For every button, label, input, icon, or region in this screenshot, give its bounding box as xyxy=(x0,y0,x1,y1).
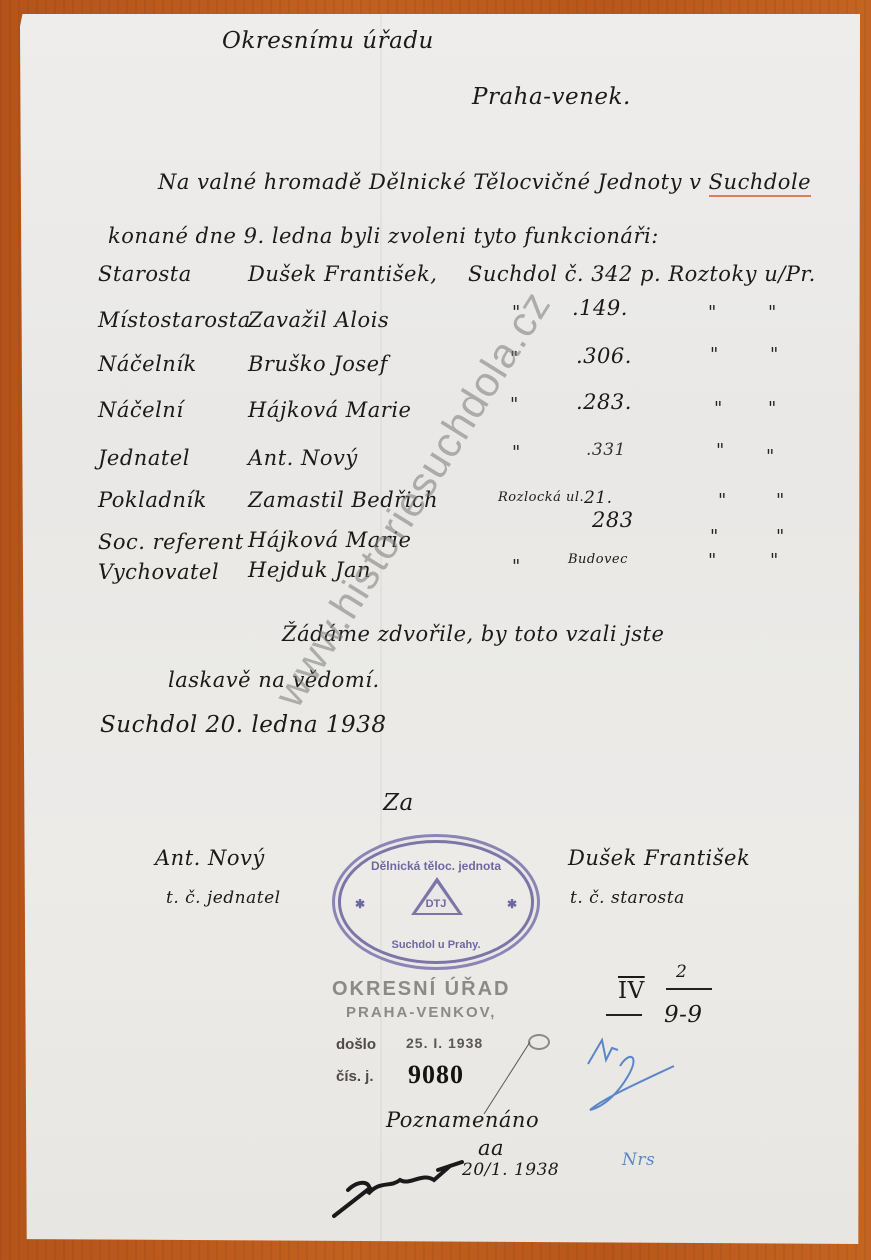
official-name: Ant. Nový xyxy=(248,446,358,470)
blue-ink-initials xyxy=(580,1020,690,1120)
club-stamp-bottom-text: Suchdol u Prahy. xyxy=(341,939,531,951)
official-name: Bruško Josef xyxy=(248,352,388,376)
intro-line-1: Na valné hromadě Dělnické Tělocvičné Jed… xyxy=(158,170,811,194)
official-street: Rozlocká ul. xyxy=(498,490,584,505)
annotation-initials: aa xyxy=(478,1136,504,1160)
official-house-number: 283 xyxy=(592,508,634,532)
ditto-mark: " xyxy=(776,526,784,547)
club-stamp-top-text: Dělnická těloc. jednota xyxy=(341,859,531,873)
intro-place-underlined: Suchdole xyxy=(709,170,811,197)
official-role: Náčelník xyxy=(98,352,197,376)
ditto-mark: " xyxy=(512,442,520,463)
blue-note: Nrs xyxy=(622,1150,655,1170)
annotation-date: 20/1. 1938 xyxy=(462,1160,559,1180)
official-name: Hájková Marie xyxy=(248,398,411,422)
club-stamp: Dělnická těloc. jednota DTJ ✱ ✱ Suchdol … xyxy=(338,840,534,964)
closing-za: Za xyxy=(383,790,414,816)
received-date: 25. I. 1938 xyxy=(406,1035,483,1051)
ditto-mark: " xyxy=(714,398,722,419)
club-stamp-logo: DTJ xyxy=(341,898,531,910)
official-name: Zavažil Alois xyxy=(248,308,389,332)
registry-number-label: čís. j. xyxy=(336,1068,374,1085)
ditto-mark: " xyxy=(710,344,718,365)
signature-scribble xyxy=(330,1150,480,1220)
intro-line-2: konané dne 9. ledna byli zvoleni tyto fu… xyxy=(108,224,659,248)
received-label: došlo xyxy=(336,1036,376,1053)
ditto-mark: " xyxy=(770,550,778,571)
ditto-mark: " xyxy=(512,556,520,577)
ditto-mark: " xyxy=(710,526,718,547)
official-role: Pokladník xyxy=(98,488,207,512)
ditto-mark: " xyxy=(766,446,774,467)
ditto-mark: " xyxy=(716,440,724,461)
annotation-text: Poznamenáno xyxy=(386,1108,539,1132)
star-icon: ✱ xyxy=(355,897,365,911)
official-role: Náčelní xyxy=(98,398,184,422)
file-mark-underline xyxy=(606,1014,642,1016)
addressee-line-1: Okresnímu úřadu xyxy=(222,28,434,54)
ditto-mark: " xyxy=(768,398,776,419)
official-house-number: .306. xyxy=(576,344,632,368)
signature-right-title: t. č. starosta xyxy=(570,888,685,908)
official-role: Místostarosta xyxy=(98,308,251,332)
official-house-number: 21. xyxy=(584,488,613,508)
ditto-mark: " xyxy=(776,490,784,511)
file-mark-fraction-line xyxy=(666,988,712,990)
place-and-date: Suchdol 20. ledna 1938 xyxy=(100,712,386,738)
official-name: Dušek František, xyxy=(248,262,437,286)
file-mark-fraction-top: 2 xyxy=(676,962,687,982)
ditto-mark: " xyxy=(708,550,716,571)
ditto-mark: " xyxy=(708,302,716,323)
official-house-number: .331 xyxy=(586,440,626,460)
official-role: Vychovatel xyxy=(98,560,219,584)
official-street: Budovec xyxy=(568,552,628,567)
registry-number: 9080 xyxy=(408,1060,464,1090)
signature-left-name: Ant. Nový xyxy=(155,846,265,870)
ditto-mark: " xyxy=(718,490,726,511)
official-role: Starosta xyxy=(98,262,192,286)
ditto-mark: " xyxy=(770,344,778,365)
office-stamp-line-2: PRAHA-VENKOV, xyxy=(346,1004,496,1021)
signature-left-title: t. č. jednatel xyxy=(166,888,281,908)
ditto-mark: " xyxy=(510,394,518,415)
official-role: Soc. referent xyxy=(98,530,244,554)
signature-right-name: Dušek František xyxy=(568,846,750,870)
ditto-mark: " xyxy=(768,302,776,323)
official-house-number: .149. xyxy=(572,296,628,320)
star-icon: ✱ xyxy=(507,897,517,911)
office-stamp-line-1: OKRESNÍ ÚŘAD xyxy=(332,978,510,1001)
official-role: Jednatel xyxy=(98,446,190,470)
file-mark-roman: IV xyxy=(618,978,645,1004)
intro-line-1-text: Na valné hromadě Dělnické Tělocvičné Jed… xyxy=(158,170,709,194)
official-house-number: .283. xyxy=(576,390,632,414)
addressee-line-2: Praha-venek. xyxy=(472,84,631,110)
